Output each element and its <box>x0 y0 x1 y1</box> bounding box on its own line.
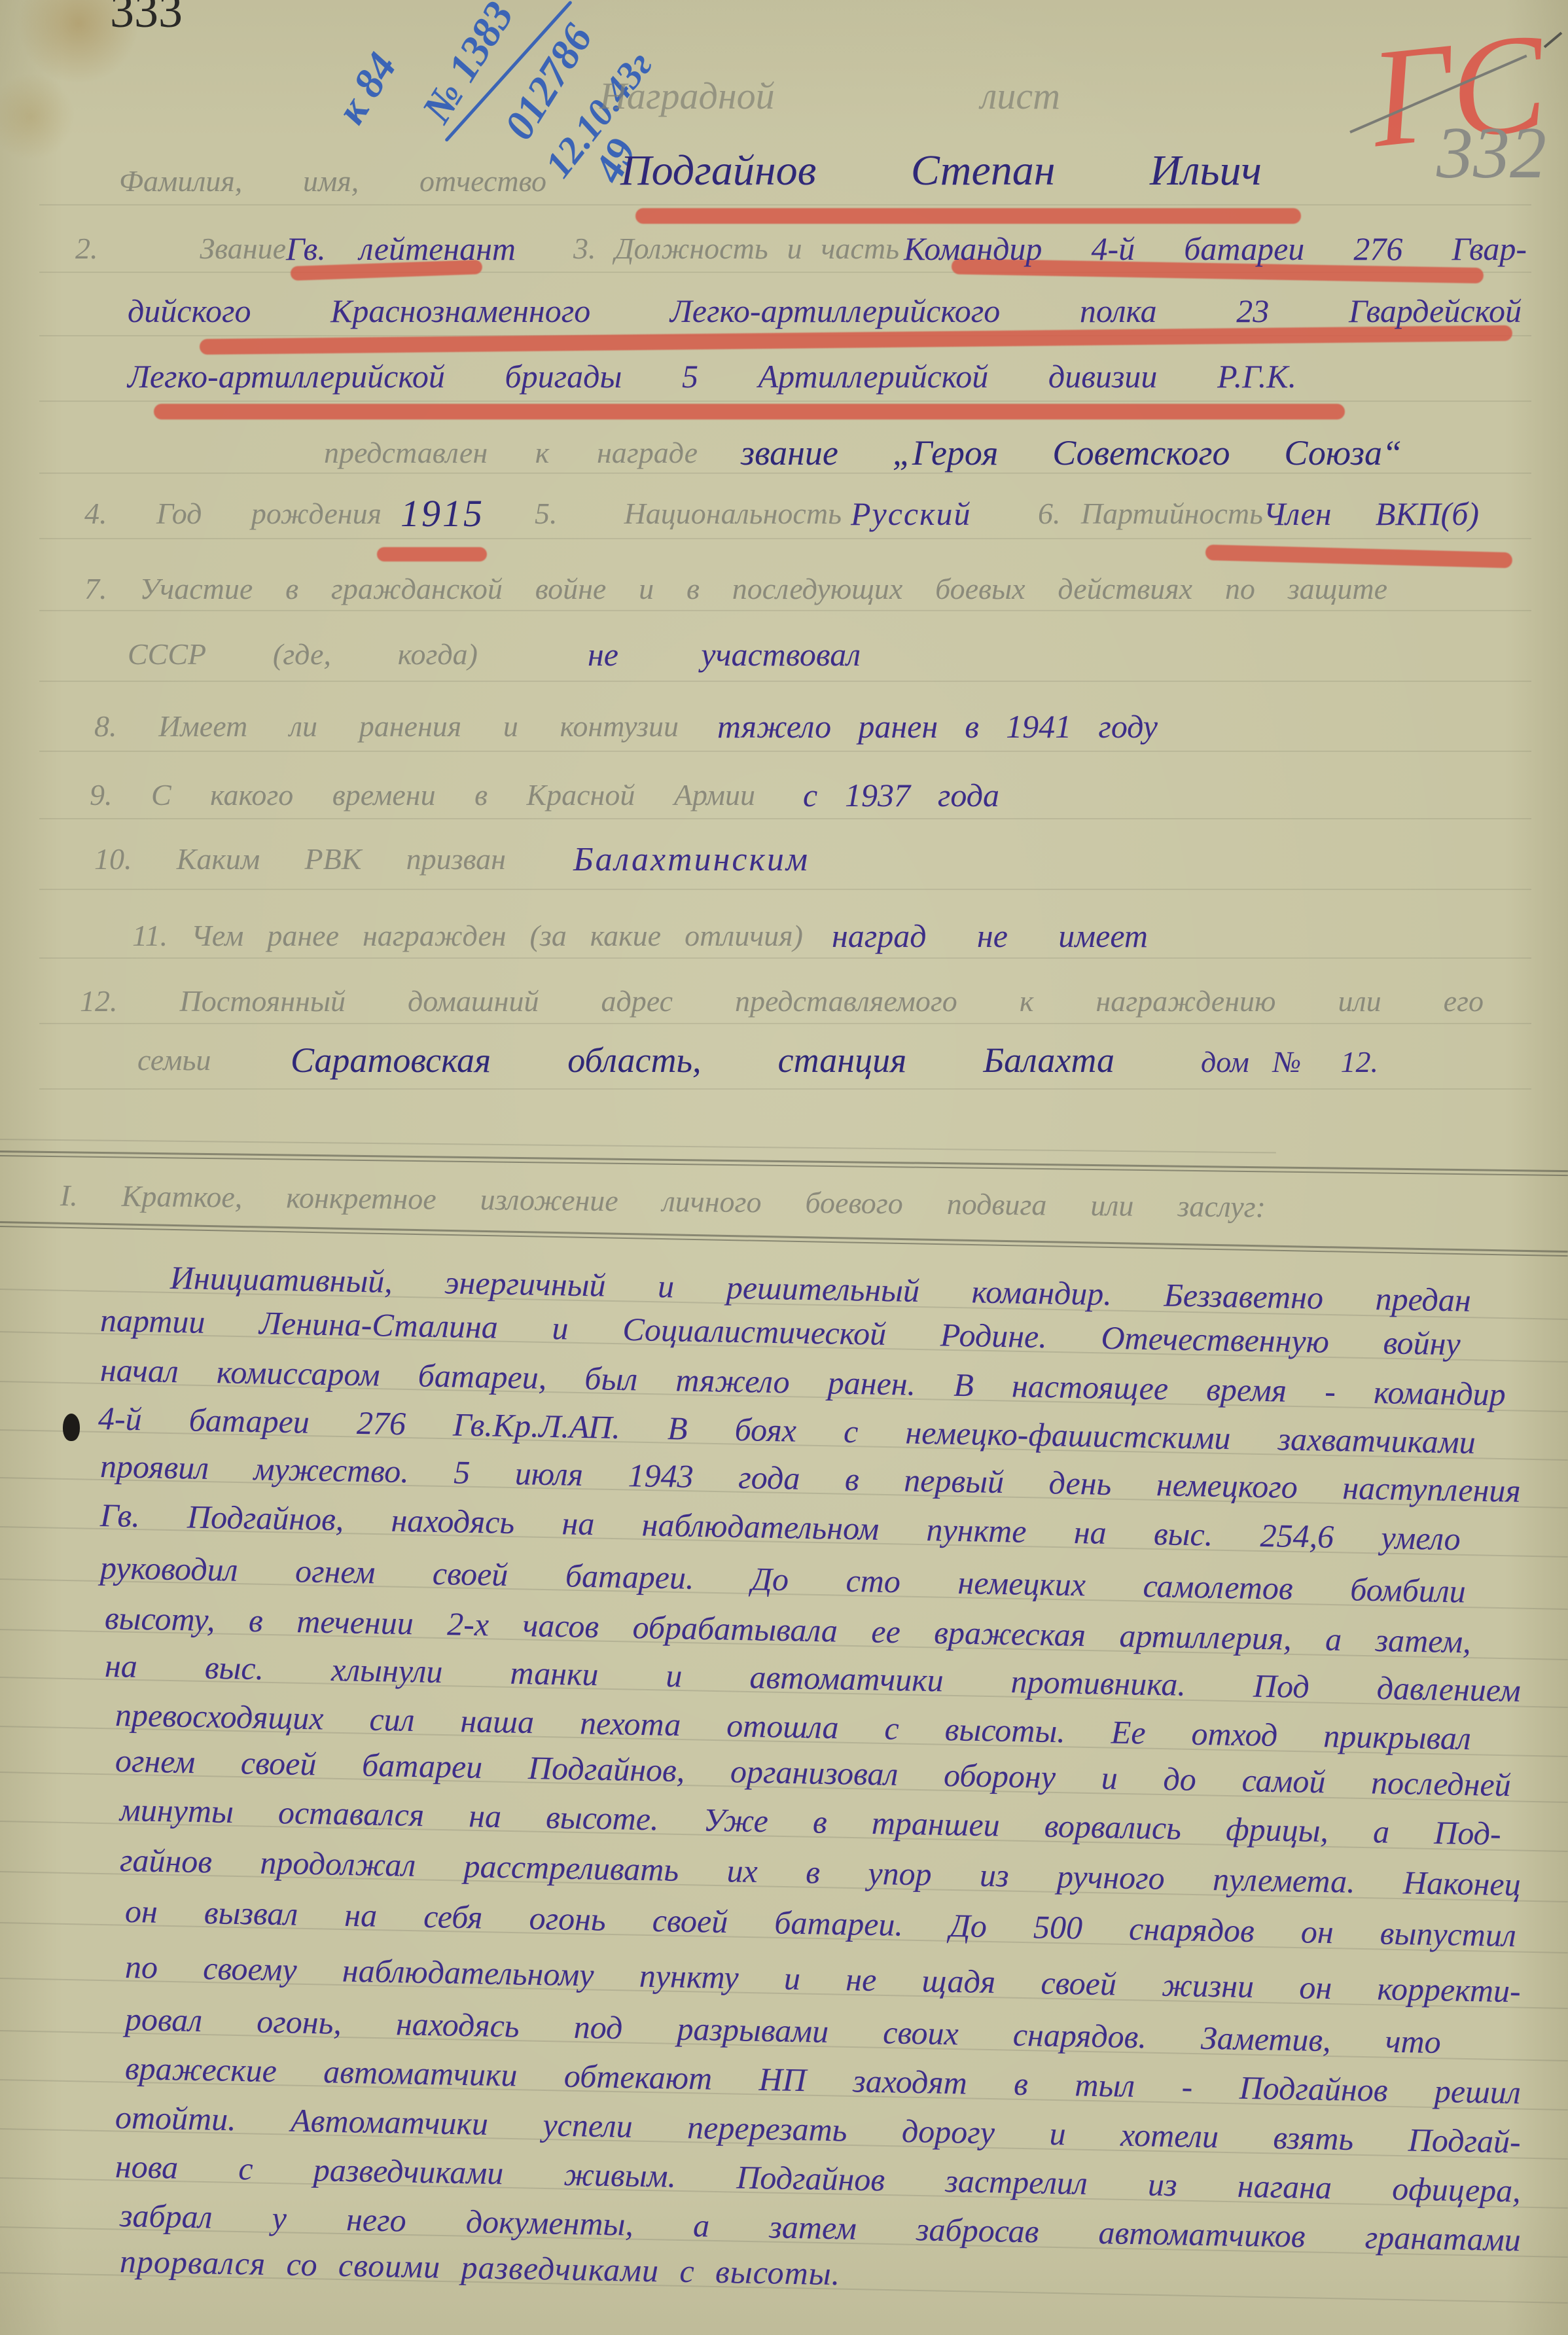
feat-text-line: ровал огонь, находясь под разрывами свои… <box>125 2003 1442 2058</box>
home-address-label-line-2: семьи <box>137 1045 211 1075</box>
full-name-value: Подгайнов Степан Ильич <box>620 149 1262 192</box>
form-rule <box>39 751 1531 752</box>
wounds-label: 8. Имеет ли ранения и контузии <box>94 711 679 741</box>
combat-history-label-line-2: СССР (где, когда) <box>128 639 478 669</box>
form-rule <box>39 472 1531 474</box>
blue-note-1: к 84 <box>329 46 404 130</box>
feat-text-line: отойти. Автоматчики успели перерезать до… <box>115 2101 1522 2158</box>
archive-stamp-number: 333 <box>110 0 183 35</box>
form-rule <box>39 818 1531 819</box>
feat-text-line: руководил огнем своей батареи. До сто не… <box>100 1551 1467 1607</box>
pencil-dash <box>1544 32 1563 48</box>
rank-value: Гв. лейтенант <box>286 232 516 265</box>
home-address-value: Саратовская область, станция Балахта <box>291 1043 1114 1078</box>
feat-text-line: гайнов продолжал расстреливать их в упор… <box>120 1844 1522 1900</box>
position-value-line-3: Легко-артиллерийской бригады 5 Артиллери… <box>128 360 1296 393</box>
nationality-label: 5. Национальность <box>535 499 842 529</box>
form-rule <box>39 538 1531 539</box>
red-underline-name <box>635 208 1301 224</box>
position-value-line-1: Командир 4-й батареи 276 Гвар- <box>904 232 1527 265</box>
position-label: 3. Должность и часть <box>573 234 899 264</box>
feat-text-line: 4-й батареи 276 Гв.Кр.Л.АП. В боях с нем… <box>98 1402 1476 1459</box>
red-underline-birth-year <box>377 547 487 561</box>
red-underline-party <box>1205 544 1512 568</box>
party-value: Член ВКП(б) <box>1263 497 1479 530</box>
form-rule <box>39 1023 1531 1024</box>
wounds-value: тяжело ранен в 1941 году <box>717 710 1158 743</box>
feat-text-line: прорвался со своими разведчиками с высот… <box>120 2245 841 2290</box>
ink-blot <box>63 1414 80 1441</box>
service-since-label: 9. С какого времени в Красной Армии <box>90 780 755 810</box>
feat-section-heading: I. Краткое, конкретное изложение личного… <box>60 1181 1266 1222</box>
combat-history-label-line-1: 7. Участие в гражданской войне и в после… <box>84 574 1387 604</box>
drafted-by-value: Балахтинским <box>573 843 810 877</box>
nationality-value: Русский <box>851 497 972 530</box>
feat-text-line: нова с разведчиками живым. Подгайнов зас… <box>115 2150 1522 2207</box>
divider-line <box>0 1155 1568 1176</box>
award-value: звание „Героя Советского Союза“ <box>741 435 1402 471</box>
birth-year-label: 4. Год рождения <box>84 499 382 529</box>
sheet-number-pencil: 332 <box>1436 116 1546 190</box>
rank-label: 2. Звание <box>75 234 286 264</box>
feat-text-line: Гв. Подгайнов, находясь на наблюдательно… <box>100 1499 1461 1555</box>
feat-text-line: высоту, в течении 2-х часов обрабатывала… <box>105 1601 1472 1658</box>
service-since-value: с 1937 года <box>803 779 999 811</box>
form-rule <box>39 1088 1531 1090</box>
faint-rule <box>0 1139 1276 1153</box>
drafted-by-label: 10. Каким РВК призван <box>94 844 506 874</box>
form-rule <box>39 610 1531 611</box>
form-rule <box>39 401 1531 402</box>
party-label: 6. Партийность <box>1038 499 1263 529</box>
birth-year-value: 1915 <box>401 495 484 533</box>
form-rule <box>39 681 1531 682</box>
divider-line <box>0 1150 1568 1172</box>
feat-text-line: проявил мужество. 5 июля 1943 года в пер… <box>100 1450 1522 1507</box>
feat-text-line: по своему наблюдательному пункту и не ща… <box>125 1950 1522 2007</box>
combat-history-value: не участвовал <box>588 638 861 671</box>
home-address-house: дом № 12. <box>1201 1047 1378 1077</box>
feat-text-line: минуты оставался на высоте. Уже в транше… <box>120 1793 1502 1850</box>
position-value-line-2: дийского Краснознаменного Легко-артиллер… <box>128 294 1522 327</box>
form-rule <box>39 889 1531 890</box>
divider-line <box>0 1226 1568 1257</box>
red-underline-position-3 <box>154 404 1345 419</box>
award-sheet-page: 333 к 84 № 1383 012786 12.10.43г 49 Нагр… <box>0 0 1568 2335</box>
feat-text-line: он вызвал на себя огонь своей батареи. Д… <box>125 1895 1517 1952</box>
previous-awards-value: наград не имеет <box>832 919 1148 952</box>
previous-awards-label: 11. Чем ранее награжден (за какие отличи… <box>132 921 803 951</box>
feat-text-line: на выс. хлынули танки и автоматчики прот… <box>105 1649 1522 1707</box>
award-label: представлен к награде <box>324 438 698 468</box>
red-underline-position-2 <box>200 325 1512 355</box>
form-rule <box>39 957 1531 959</box>
divider-line <box>0 1221 1568 1253</box>
feat-text-line: вражеские автоматчики обтекают НП заходя… <box>125 2052 1522 2109</box>
feat-text-line: начал комиссаром батареи, был тяжело ран… <box>100 1353 1506 1410</box>
full-name-label: Фамилия, имя, отчество <box>119 166 546 196</box>
document-title: Наградной лист <box>599 77 1060 115</box>
form-rule <box>39 204 1531 205</box>
home-address-label-line-1: 12. Постоянный домашний адрес представля… <box>80 986 1484 1016</box>
